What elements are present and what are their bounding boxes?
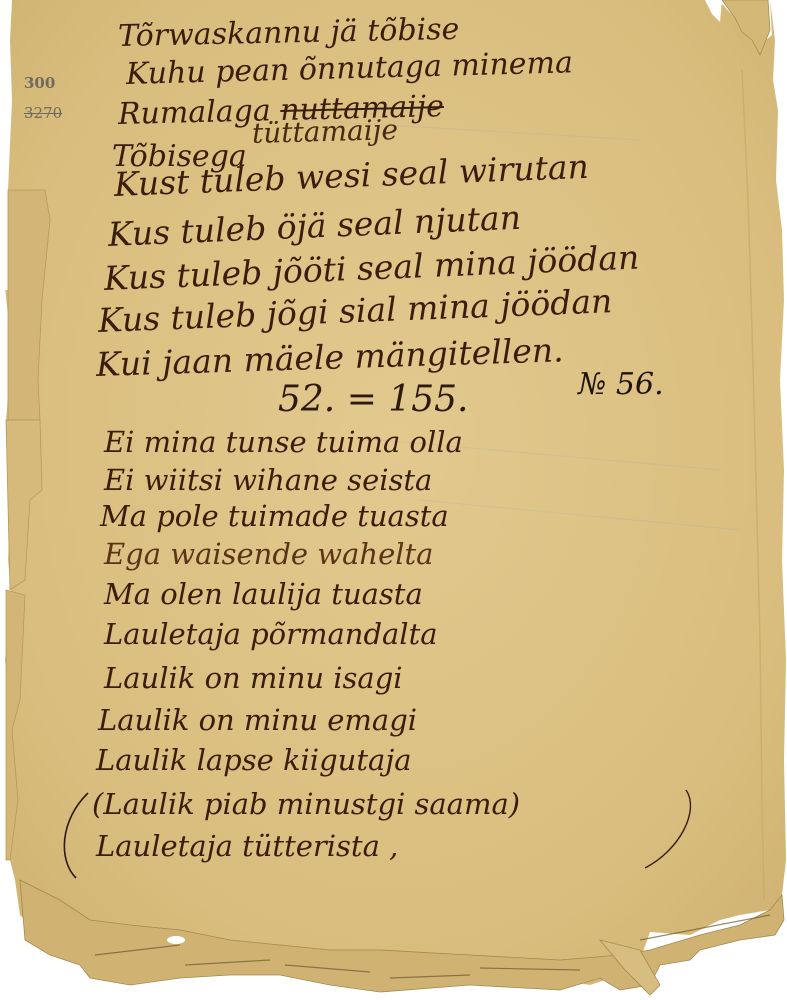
manuscript-line-13: Ega waisende wahelta xyxy=(104,540,433,569)
manuscript-line-14: Ma olen laulija tuasta xyxy=(104,580,423,609)
line-3-text: Rumalaga xyxy=(118,93,272,132)
manuscript-line-17: Laulik on minu emagi xyxy=(98,706,417,735)
song-number-label: № 56. xyxy=(578,370,664,400)
manuscript-line-18: Laulik lapse kiigutaja xyxy=(96,746,412,775)
manuscript-line-1: Tõrwaskannu jä tõbise xyxy=(118,15,460,52)
reference-numbers: 52. = 155. xyxy=(278,382,468,418)
manuscript-line-11: Ei wiitsi wihane seista xyxy=(104,466,432,495)
manuscript-line-16: Laulik on minu isagi xyxy=(104,664,403,693)
manuscript-line-10: Ei mina tunse tuima olla xyxy=(104,428,463,457)
interlinear-insertion: tüttamaije xyxy=(252,116,399,148)
scanned-manuscript-page: 300 3270 Tõrwaskannu jä tõbise Kuhu pean… xyxy=(0,0,787,1000)
manuscript-line-15: Lauletaja põrmandalta xyxy=(104,620,438,649)
manuscript-line-12: Ma pole tuimade tuasta xyxy=(100,502,449,531)
manuscript-line-20: Lauletaja tütterista , xyxy=(96,832,398,861)
manuscript-line-19: (Laulik piab minustgi saama) xyxy=(92,790,520,819)
archive-stamp-number: 300 xyxy=(24,76,55,91)
archive-stamp-struck-number: 3270 xyxy=(24,106,62,121)
